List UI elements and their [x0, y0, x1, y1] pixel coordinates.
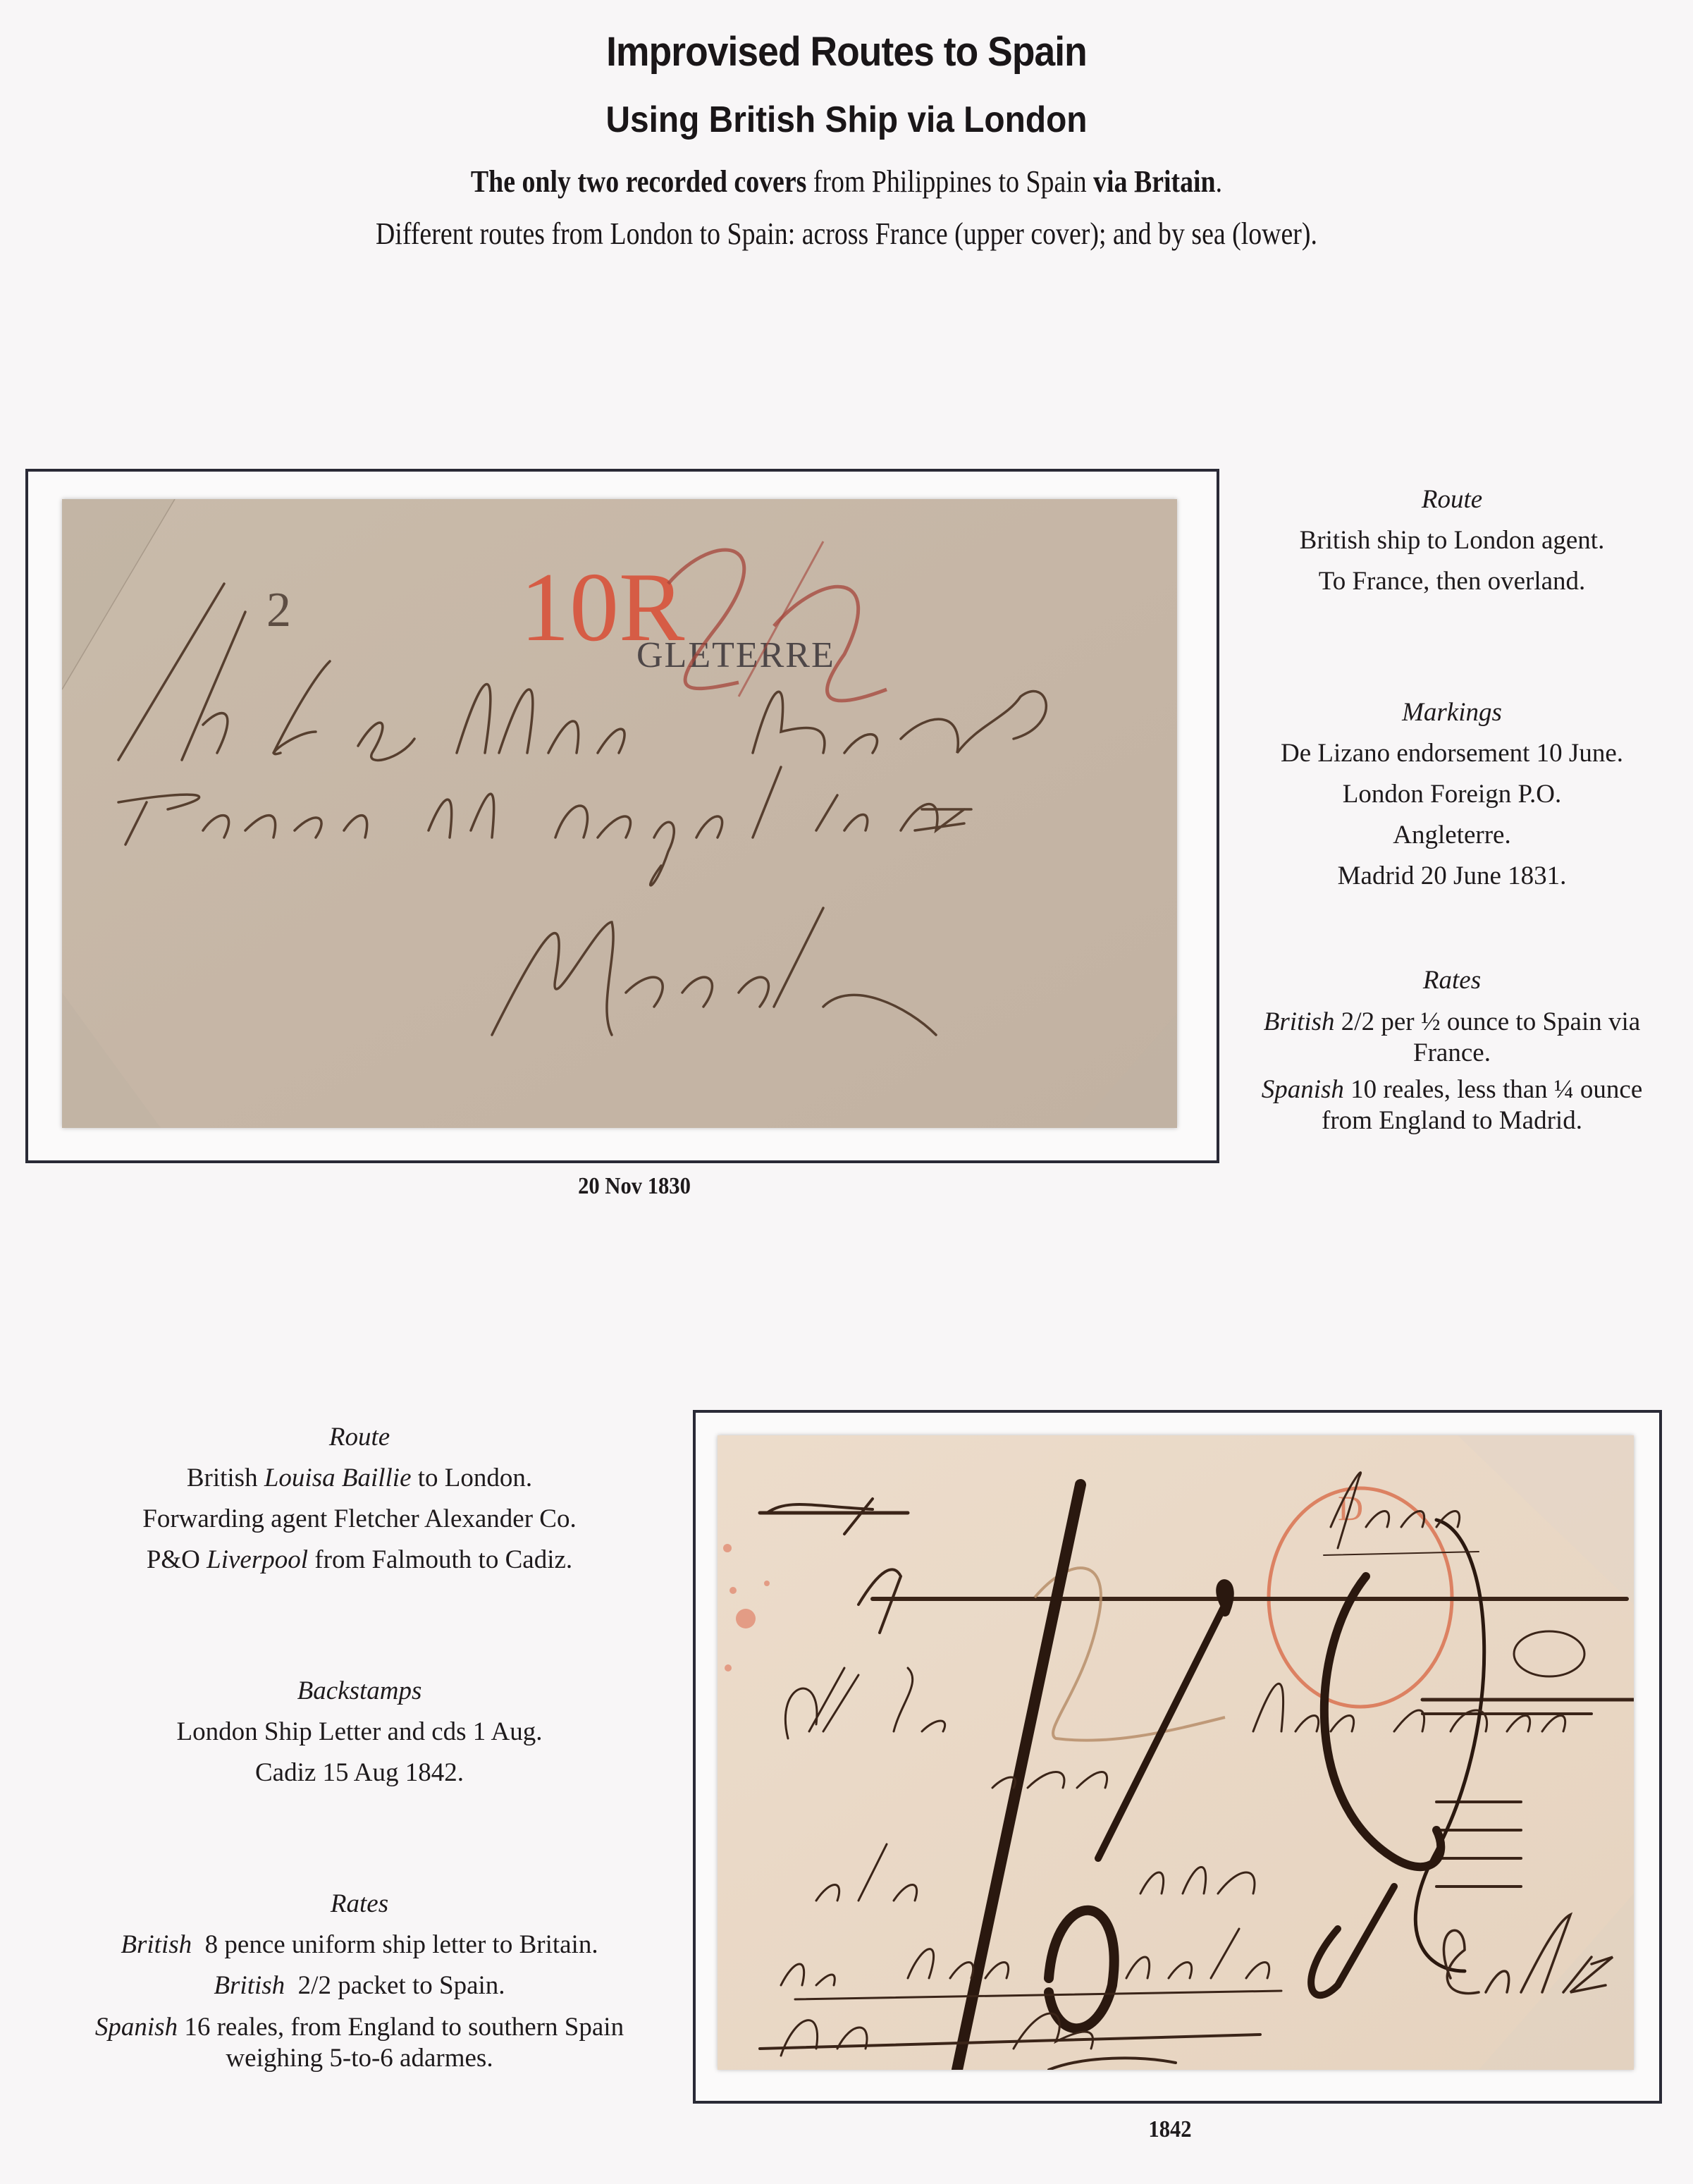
svg-text:GLETERRE: GLETERRE: [636, 635, 835, 675]
lower-cover-date: 1842: [1107, 2116, 1233, 2143]
backstamps-line: London Ship Letter and cds 1 Aug.: [28, 1712, 691, 1753]
rates-heading: Rates: [1212, 960, 1692, 1001]
rate-line: British 2/2 per ½ ounce to Spain via Fra…: [1212, 1007, 1692, 1069]
rate-line: British 8 pence uniform ship letter to B…: [28, 1925, 691, 1965]
markings-line: De Lizano endorsement 10 June.: [1212, 733, 1692, 774]
route-line: Forwarding agent Fletcher Alexander Co.: [28, 1499, 691, 1540]
upper-cover-date: 20 Nov 1830: [507, 1173, 761, 1200]
lower-cover-artwork: D: [718, 1435, 1634, 2070]
markings-heading: Markings: [1212, 692, 1692, 733]
upper-cover-notes: Route British ship to London agent. To F…: [1212, 479, 1692, 1136]
page-subtitle: Using British Ship via London: [68, 99, 1625, 141]
intro-line-2: Different routes from London to Spain: a…: [118, 216, 1575, 252]
route-line: British ship to London agent.: [1212, 520, 1692, 561]
markings-line: Angleterre.: [1212, 815, 1692, 856]
markings-line: Madrid 20 June 1831.: [1212, 856, 1692, 897]
rate-line: Spanish 10 reales, less than ¼ ounce fro…: [1212, 1074, 1692, 1136]
page-title: Improvised Routes to Spain: [68, 28, 1625, 75]
route-line: To France, then overland.: [1212, 561, 1692, 602]
intro-line-1: The only two recorded covers from Philip…: [118, 164, 1575, 200]
rates-heading: Rates: [28, 1884, 691, 1925]
rate-line: British 2/2 packet to Spain.: [28, 1965, 691, 2006]
route-line: British Louisa Baillie to London.: [28, 1458, 691, 1499]
intro-plain-a: from Philippines to Spain: [806, 164, 1093, 199]
backstamps-heading: Backstamps: [28, 1671, 691, 1712]
route-line: P&O Liverpool from Falmouth to Cadiz.: [28, 1540, 691, 1581]
markings-line: London Foreign P.O.: [1212, 774, 1692, 815]
intro-bold-b: via Britain: [1093, 164, 1215, 199]
backstamps-line: Cadiz 15 Aug 1842.: [28, 1753, 691, 1793]
route-heading: Route: [28, 1417, 691, 1458]
intro-plain-b: .: [1216, 164, 1222, 199]
intro-bold-a: The only two recorded covers: [471, 164, 806, 199]
lower-cover-image: D: [718, 1435, 1634, 2070]
lower-cover-notes: Route British Louisa Baillie to London. …: [28, 1417, 691, 2074]
upper-cover-image: 2 10R GLETERRE: [62, 499, 1177, 1128]
svg-text:2: 2: [266, 583, 291, 637]
route-heading: Route: [1212, 479, 1692, 520]
rate-line: Spanish 16 reales, from England to south…: [28, 2012, 691, 2074]
upper-cover-artwork: 2 10R GLETERRE: [62, 499, 1177, 1128]
